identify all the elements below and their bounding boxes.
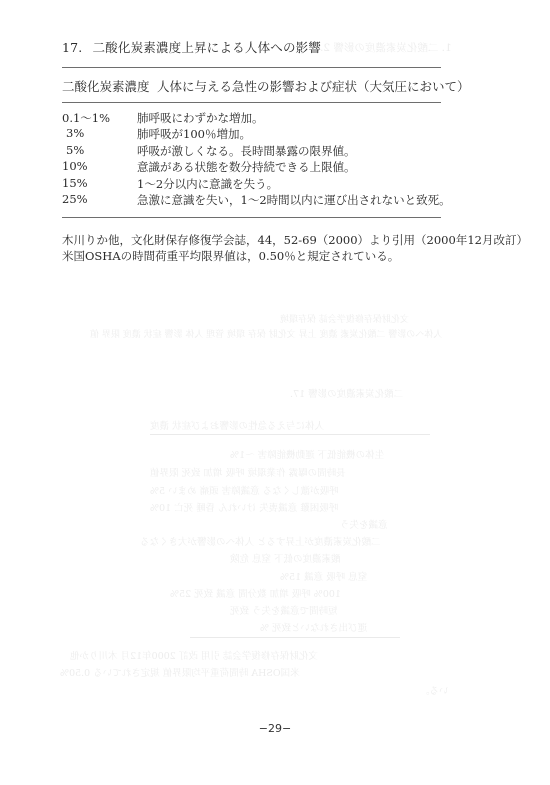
bleed-through-text: 人体に与える急性の影響および症状 濃度 [150,418,324,432]
bleed-through-rule [150,434,430,435]
page-number: −29− [0,722,550,735]
table-bottom-rule [62,217,441,218]
effect-cell: 急激に意識を失い，1～2時間以内に運び出されないと致死。 [137,192,451,208]
citation-note: 木川りか他，文化財保存修復学会誌，44，52-69（2000）より引用（2000… [62,232,528,248]
table-row: 10% 意識がある状態を数分持続できる上限値。 [0,159,550,175]
effect-cell: 意識がある状態を数分持続できる上限値。 [137,159,356,175]
bleed-through-text: いる。 [420,683,449,697]
bleed-through-text: 窒息 呼吸 意識 15% [280,569,367,583]
table-row: 15% 1～2分以内に意識を失う。 [0,176,550,192]
bleed-through-text: 二酸化炭素濃度が上昇すると 人体への影響が大きくなる [140,534,381,548]
osha-note: 米国OSHAの時間荷重平均限界値は，0.50％と規定されている。 [62,248,399,264]
bleed-through-text: 呼吸が激しくなる 意識障害 頭痛 めまい 5% [150,483,339,497]
bleed-through-text: 呼吸困難 意識喪失 けいれん 昏睡 死亡 10% [150,500,338,514]
bleed-through-text: 1. 二酸化炭素濃度の影響 2. [320,40,452,55]
table-row: 0.1～1% 肺呼吸にわずかな増加。 [0,110,550,126]
table-row: 3% 肺呼吸が100％増加。 [0,126,550,142]
concentration-cell: 5% [66,143,84,157]
bleed-through-text: 文化財保存修復学会誌 引用 改訂 2000年12月 木川りか他 [70,648,318,662]
bleed-through-text: 長時間の曝露 作業環境 呼吸 増加 致死 限界値 [150,465,346,479]
bleed-through-rule [190,637,400,638]
effect-cell: 肺呼吸が100％増加。 [137,126,251,142]
bleed-through-text: 意識を失う [340,517,388,531]
section-number: 17. [62,40,82,55]
bleed-through-text: 文化財保存修復学会誌 保存環境 [280,312,409,325]
concentration-cell: 0.1～1% [62,110,110,126]
table-row: 25% 急激に意識を失い，1～2時間以内に運び出されないと致死。 [0,192,550,208]
table-header-effect: 人体に与える急性の影響および症状（大気圧において） [157,77,470,95]
table-header-rule [62,102,441,103]
bleed-through-text: 運び出されないと致死 % [260,620,367,634]
concentration-cell: 10% [62,159,88,173]
section-title-text: 二酸化炭素濃度上昇による人体への影響 [92,40,321,55]
table-header-concentration: 二酸化炭素濃度 [62,77,150,95]
concentration-cell: 3% [66,126,84,140]
bleed-through-text: 人体への影響 二酸化炭素 濃度 上昇 文化財 保存 環境 管理 人体 影響 症状… [90,327,442,340]
concentration-cell: 15% [62,176,88,190]
concentration-cell: 25% [62,192,88,206]
effect-cell: 1～2分以内に意識を失う。 [137,176,278,192]
effect-cell: 肺呼吸にわずかな増加。 [137,110,264,126]
bleed-through-text: 酸素濃度の低下 窒息 危険 [230,551,341,565]
bleed-through-text: 米国OSHA 時間荷重平均限界値 規定されている 0.50% [60,665,300,679]
bleed-through-text: 生体の機能低下 運動機能障害 ～1% [230,447,384,461]
bleed-through-text: 二酸化炭素濃度の影響 17. [290,386,403,400]
effect-cell: 呼吸が激しくなる。長時間暴露の限界値。 [137,143,356,159]
bleed-through-text: 短時間で意識を失う 致死 [230,603,338,617]
table-top-rule [62,67,441,68]
section-title: 17.二酸化炭素濃度上昇による人体への影響 [62,38,321,56]
table-row: 5% 呼吸が激しくなる。長時間暴露の限界値。 [0,143,550,159]
bleed-through-text: 100% 呼吸 増加 数分間 意識 致死 25% [170,586,341,600]
document-page: 1. 二酸化炭素濃度の影響 2. 文化財保存修復学会誌 保存環境 人体への影響 … [0,0,550,785]
